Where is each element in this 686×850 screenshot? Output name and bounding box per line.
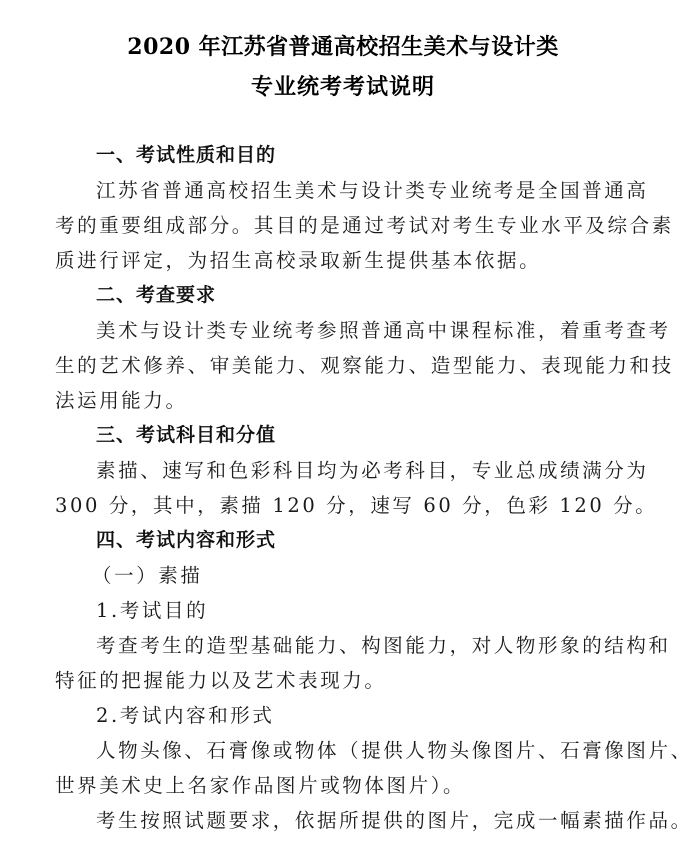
section-heading-3: 三、考试科目和分值 bbox=[96, 420, 686, 447]
paragraph-line: 考查考生的造型基础能力、构图能力，对人物形象的结构和 bbox=[96, 630, 686, 658]
paragraph-line: 特征的把握能力以及艺术表现力。 bbox=[55, 665, 655, 693]
paragraph-line: 世界美术史上名家作品图片或物体图片）。 bbox=[55, 770, 655, 798]
document-title-line1: 2020 年江苏省普通高校招生美术与设计类 bbox=[0, 30, 686, 61]
paragraph-line: 考的重要组成部分。其目的是通过考试对考生专业水平及综合素 bbox=[55, 210, 655, 238]
section-heading-2: 二、考查要求 bbox=[96, 280, 686, 307]
document-page: 2020 年江苏省普通高校招生美术与设计类 专业统考考试说明 一、考试性质和目的… bbox=[0, 0, 686, 850]
paragraph-line: 300 分，其中，素描 120 分，速写 60 分，色彩 120 分。 bbox=[55, 490, 655, 518]
subsection-heading: （一）素描 bbox=[92, 560, 686, 588]
paragraph-line: 美术与设计类专业统考参照普通高中课程标准，着重考查考 bbox=[96, 315, 686, 343]
item-label-2: 2.考试内容和形式 bbox=[96, 700, 686, 728]
paragraph-line: 质进行评定，为招生高校录取新生提供基本依据。 bbox=[55, 245, 655, 273]
paragraph-line: 法运用能力。 bbox=[55, 385, 655, 413]
paragraph-line: 素描、速写和色彩科目均为必考科目，专业总成绩满分为 bbox=[96, 455, 686, 483]
paragraph-line: 人物头像、石膏像或物体（提供人物头像图片、石膏像图片、 bbox=[96, 735, 686, 763]
section-heading-1: 一、考试性质和目的 bbox=[96, 140, 686, 167]
paragraph-line: 考生按照试题要求，依据所提供的图片，完成一幅素描作品。 bbox=[96, 805, 686, 833]
paragraph-line: 江苏省普通高校招生美术与设计类专业统考是全国普通高 bbox=[96, 175, 686, 203]
paragraph-line: 生的艺术修养、审美能力、观察能力、造型能力、表现能力和技 bbox=[55, 350, 655, 378]
document-title-line2: 专业统考考试说明 bbox=[0, 70, 686, 101]
item-label-1: 1.考试目的 bbox=[96, 595, 686, 623]
section-heading-4: 四、考试内容和形式 bbox=[96, 525, 686, 552]
